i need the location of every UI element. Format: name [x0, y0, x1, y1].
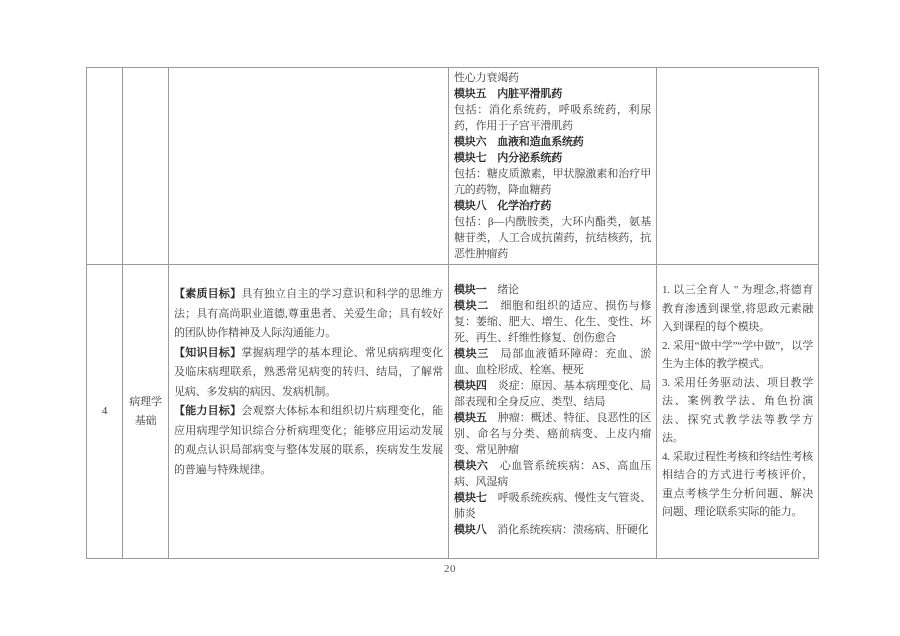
text-run: 病理学基础: [129, 396, 161, 427]
bold-text-run: 【能力目标】: [174, 405, 241, 417]
text-run: 性心力衰竭药: [454, 72, 519, 84]
paragraph: 模块六 血液和造血系统药: [454, 134, 651, 150]
paragraph: 【素质目标】具有独立自主的学习意识和科学的思维方法；具有高尚职业道德,尊重患者、…: [174, 285, 443, 344]
cell-row-number: 4: [87, 265, 123, 559]
bold-text-run: 模块二: [454, 300, 489, 312]
paragraph: 病理学基础: [128, 393, 163, 431]
bold-text-run: 【素质目标】: [174, 288, 241, 300]
bold-text-run: 模块七: [454, 492, 487, 504]
bold-text-run: 模块一: [454, 284, 486, 296]
text-run: 包括：糖皮质激素，甲状腺激素和治疗甲亢的药物，降血糖药: [454, 168, 651, 196]
paragraph: 模块八 化学治疗药: [454, 198, 651, 214]
paragraph: 模块二 细胞和组织的适应、损伤与修复：萎缩、肥大、增生、化生、变性、坏死、再生、…: [454, 298, 651, 346]
text-run: 4. 采取过程性考核和终结性考核相结合的方式进行考核评价，重点考核学生分析问题、…: [662, 451, 813, 519]
bold-text-run: 模块四: [454, 380, 487, 392]
paragraph: 3. 采用任务驱动法、项目教学法、案例教学法、角色扮演法、探究式教学法等教学方法…: [662, 374, 813, 448]
paragraph: 模块三 局部血液循环障碍：充血、淤血、血栓形成、栓塞、梗死: [454, 346, 651, 378]
bold-text-run: 模块六: [454, 460, 488, 472]
text-run: 包括：消化系统药，呼吸系统药，利尿药，作用于子宫平滑肌药: [454, 104, 651, 132]
paragraph: 2. 采用“做中学”“学中做”，以学生为主体的教学模式。: [662, 337, 813, 374]
cell-course-content-continued: 性心力衰竭药模块五 内脏平滑肌药包括：消化系统药，呼吸系统药，利尿药，作用于子宫…: [449, 68, 657, 265]
text-run: 3. 采用任务驱动法、项目教学法、案例教学法、角色扮演法、探究式教学法等教学方法…: [662, 377, 813, 445]
cell-seq-empty: [87, 68, 123, 265]
bold-text-run: 模块五: [454, 412, 487, 424]
text-run: 1. 以三全育人 " 为理念,将德育教育渗透到课堂,将思政元素融入到课程的每个模…: [662, 284, 813, 333]
text-run: 包括：β—内酰胺类，大环内酯类，氨基糖苷类，人工合成抗菌药，抗结核药，抗恶性肿瘤…: [454, 216, 651, 260]
paragraph: 1. 以三全育人 " 为理念,将德育教育渗透到课堂,将思政元素融入到课程的每个模…: [662, 281, 813, 337]
cell-teaching-methods: 1. 以三全育人 " 为理念,将德育教育渗透到课堂,将思政元素融入到课程的每个模…: [657, 265, 819, 559]
paragraph: 模块八 消化系统疾病：溃疡病、肝硬化: [454, 522, 651, 538]
bold-text-run: 模块八 化学治疗药: [454, 200, 551, 212]
cell-methods-empty: [657, 68, 819, 265]
bold-text-run: 模块八: [454, 524, 486, 536]
paragraph: 模块六 心血管系统疾病：AS、高血压病、风湿病: [454, 458, 651, 490]
table-row-course-4: 4 病理学基础 【素质目标】具有独立自主的学习意识和科学的思维方法；具有高尚职业…: [87, 265, 819, 559]
bold-text-run: 模块三: [454, 348, 489, 360]
bold-text-run: 模块五 内脏平滑肌药: [454, 88, 562, 100]
bold-text-run: 【知识目标】: [174, 347, 241, 359]
paragraph: 模块七 内分泌系统药: [454, 150, 651, 166]
bold-text-run: 模块七 内分泌系统药: [454, 152, 562, 164]
paragraph: 【知识目标】掌握病理学的基本理论、常见病病理变化及临床病理联系，熟悉常见病变的转…: [174, 344, 443, 403]
text-run: 2. 采用“做中学”“学中做”，以学生为主体的教学模式。: [662, 340, 813, 371]
cell-objectives-empty: [169, 68, 449, 265]
text-run: 绪论: [486, 284, 518, 296]
cell-course-content: 模块一 绪论模块二 细胞和组织的适应、损伤与修复：萎缩、肥大、增生、化生、变性、…: [449, 265, 657, 559]
paragraph: 模块五 肿瘤：概述、特征、良恶性的区别、命名与分类、癌前病变、上皮内瘤变、常见肿…: [454, 410, 651, 458]
cell-course-name: 病理学基础: [123, 265, 169, 559]
paragraph: 性心力衰竭药: [454, 70, 651, 86]
cell-course-objectives: 【素质目标】具有独立自主的学习意识和科学的思维方法；具有高尚职业道德,尊重患者、…: [169, 265, 449, 559]
bold-text-run: 模块六 血液和造血系统药: [454, 136, 584, 148]
paragraph: 包括：β—内酰胺类，大环内酯类，氨基糖苷类，人工合成抗菌药，抗结核药，抗恶性肿瘤…: [454, 214, 651, 262]
paragraph: 模块五 内脏平滑肌药: [454, 86, 651, 102]
paragraph: 模块四 炎症：原因、基本病理变化、局部表现和全身反应、类型、结局: [454, 378, 651, 410]
paragraph: 【能力目标】会观察大体标本和组织切片病理变化，能应用病理学知识综合分析病理变化；…: [174, 402, 443, 480]
paragraph: 4: [92, 402, 117, 421]
paragraph: 包括：糖皮质激素，甲状腺激素和治疗甲亢的药物，降血糖药: [454, 166, 651, 198]
syllabus-table: 性心力衰竭药模块五 内脏平滑肌药包括：消化系统药，呼吸系统药，利尿药，作用于子宫…: [86, 67, 819, 559]
cell-course-name-empty: [123, 68, 169, 265]
document-page: 性心力衰竭药模块五 内脏平滑肌药包括：消化系统药，呼吸系统药，利尿药，作用于子宫…: [0, 0, 900, 636]
text-run: 4: [102, 405, 107, 417]
page-number: 20: [0, 563, 900, 575]
paragraph: 模块七 呼吸系统疾病、慢性支气管炎、肺炎: [454, 490, 651, 522]
table-row-continuation: 性心力衰竭药模块五 内脏平滑肌药包括：消化系统药，呼吸系统药，利尿药，作用于子宫…: [87, 68, 819, 265]
paragraph: 包括：消化系统药，呼吸系统药，利尿药，作用于子宫平滑肌药: [454, 102, 651, 134]
paragraph: 模块一 绪论: [454, 282, 651, 298]
text-run: 消化系统疾病：溃疡病、肝硬化: [486, 524, 648, 536]
paragraph: 4. 采取过程性考核和终结性考核相结合的方式进行考核评价，重点考核学生分析问题、…: [662, 448, 813, 522]
